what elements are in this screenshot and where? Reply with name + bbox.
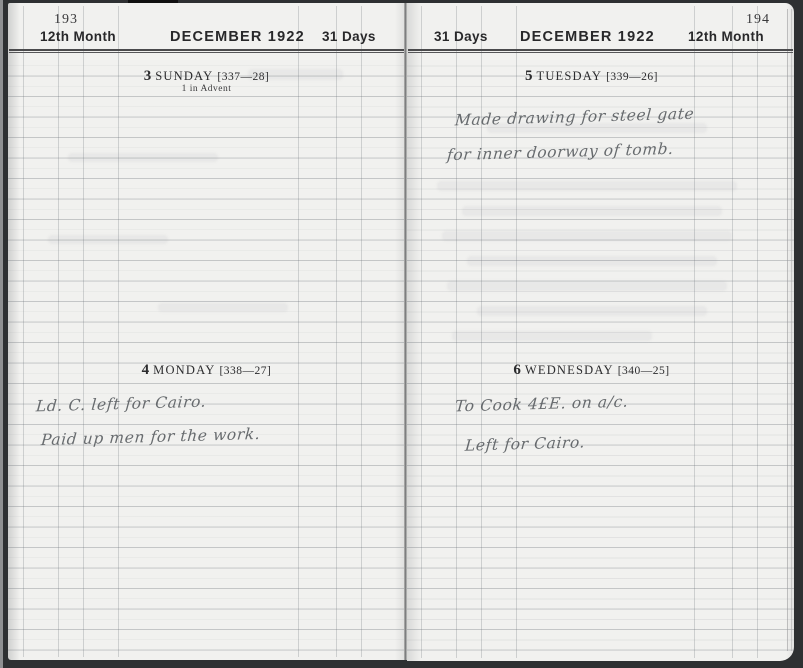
page-header: 31 Days DECEMBER 1922 12th Month <box>407 29 794 46</box>
handwriting-line: To Cook 4£E. on a/c. <box>454 393 629 416</box>
page-header: 12th Month DECEMBER 1922 31 Days <box>8 29 405 46</box>
column-rule <box>58 6 59 657</box>
bleed-through-ghost <box>68 153 218 162</box>
diary-scan: 193 12th Month DECEMBER 1922 31 Days 3 S… <box>0 0 803 668</box>
column-rule <box>481 6 482 658</box>
bleed-through-ghost <box>447 281 727 291</box>
column-rule <box>361 6 362 657</box>
day-reference: [340—25] <box>618 365 670 377</box>
left-page: 193 12th Month DECEMBER 1922 31 Days 3 S… <box>8 3 405 660</box>
handwriting-line: Left for Cairo. <box>464 433 586 454</box>
column-rule <box>336 6 337 657</box>
page-number: 193 <box>54 12 78 28</box>
handwriting-line: Paid up men for the work. <box>40 425 261 449</box>
bleed-through-ghost <box>48 235 168 244</box>
header-rule <box>9 49 404 53</box>
advent-note: 1 in Advent <box>8 84 405 94</box>
handwriting-line: for inner doorway of tomb. <box>446 140 674 164</box>
column-rule <box>757 6 758 658</box>
day-reference: [337—28] <box>217 71 269 83</box>
day-number: 3 <box>144 68 152 84</box>
column-rule <box>456 6 457 658</box>
day-reference: [339—26] <box>606 71 658 83</box>
handwriting-line: Made drawing for steel gate <box>454 105 695 130</box>
column-rule <box>516 6 517 658</box>
ruled-lines <box>8 56 405 658</box>
day-name: WEDNESDAY <box>525 363 614 377</box>
right-page: 194 31 Days DECEMBER 1922 12th Month 5 T… <box>407 3 794 661</box>
column-rule <box>23 6 24 657</box>
day-number: 4 <box>142 362 150 378</box>
bleed-through-ghost <box>158 303 288 312</box>
day-heading-sunday: 3 SUNDAY [337—28] <box>8 67 405 85</box>
bleed-through-ghost <box>452 331 652 341</box>
page-edge-lines <box>787 9 792 651</box>
page-number: 194 <box>746 12 770 28</box>
month-label: 12th Month <box>40 29 116 44</box>
day-name: MONDAY <box>153 363 215 377</box>
column-rule <box>732 6 733 658</box>
column-rule <box>421 6 422 658</box>
bleed-through-ghost <box>477 306 707 316</box>
day-number: 5 <box>525 68 533 84</box>
column-rule <box>118 6 119 657</box>
days-label: 31 Days <box>434 29 488 44</box>
day-reference: [338—27] <box>219 365 271 377</box>
month-label: 12th Month <box>688 29 764 44</box>
bleed-through-ghost <box>442 231 732 241</box>
month-title: DECEMBER 1922 <box>170 29 305 45</box>
day-name: SUNDAY <box>155 69 213 83</box>
bleed-through-ghost <box>437 181 737 191</box>
bleed-through-ghost <box>467 256 717 266</box>
day-name: TUESDAY <box>536 69 602 83</box>
scanner-edge-strip <box>0 0 3 668</box>
column-rule <box>83 6 84 657</box>
day-heading-tuesday: 5 TUESDAY [339—26] <box>407 67 794 85</box>
day-heading-monday: 4 MONDAY [338—27] <box>8 361 405 379</box>
day-number: 6 <box>513 362 521 378</box>
handwriting-line: Ld. C. left for Cairo. <box>35 393 207 416</box>
month-title: DECEMBER 1922 <box>520 29 655 45</box>
header-rule <box>408 49 793 53</box>
days-label: 31 Days <box>322 29 376 44</box>
day-heading-wednesday: 6 WEDNESDAY [340—25] <box>407 361 794 379</box>
column-rule <box>298 6 299 657</box>
bleed-through-ghost <box>462 206 722 216</box>
